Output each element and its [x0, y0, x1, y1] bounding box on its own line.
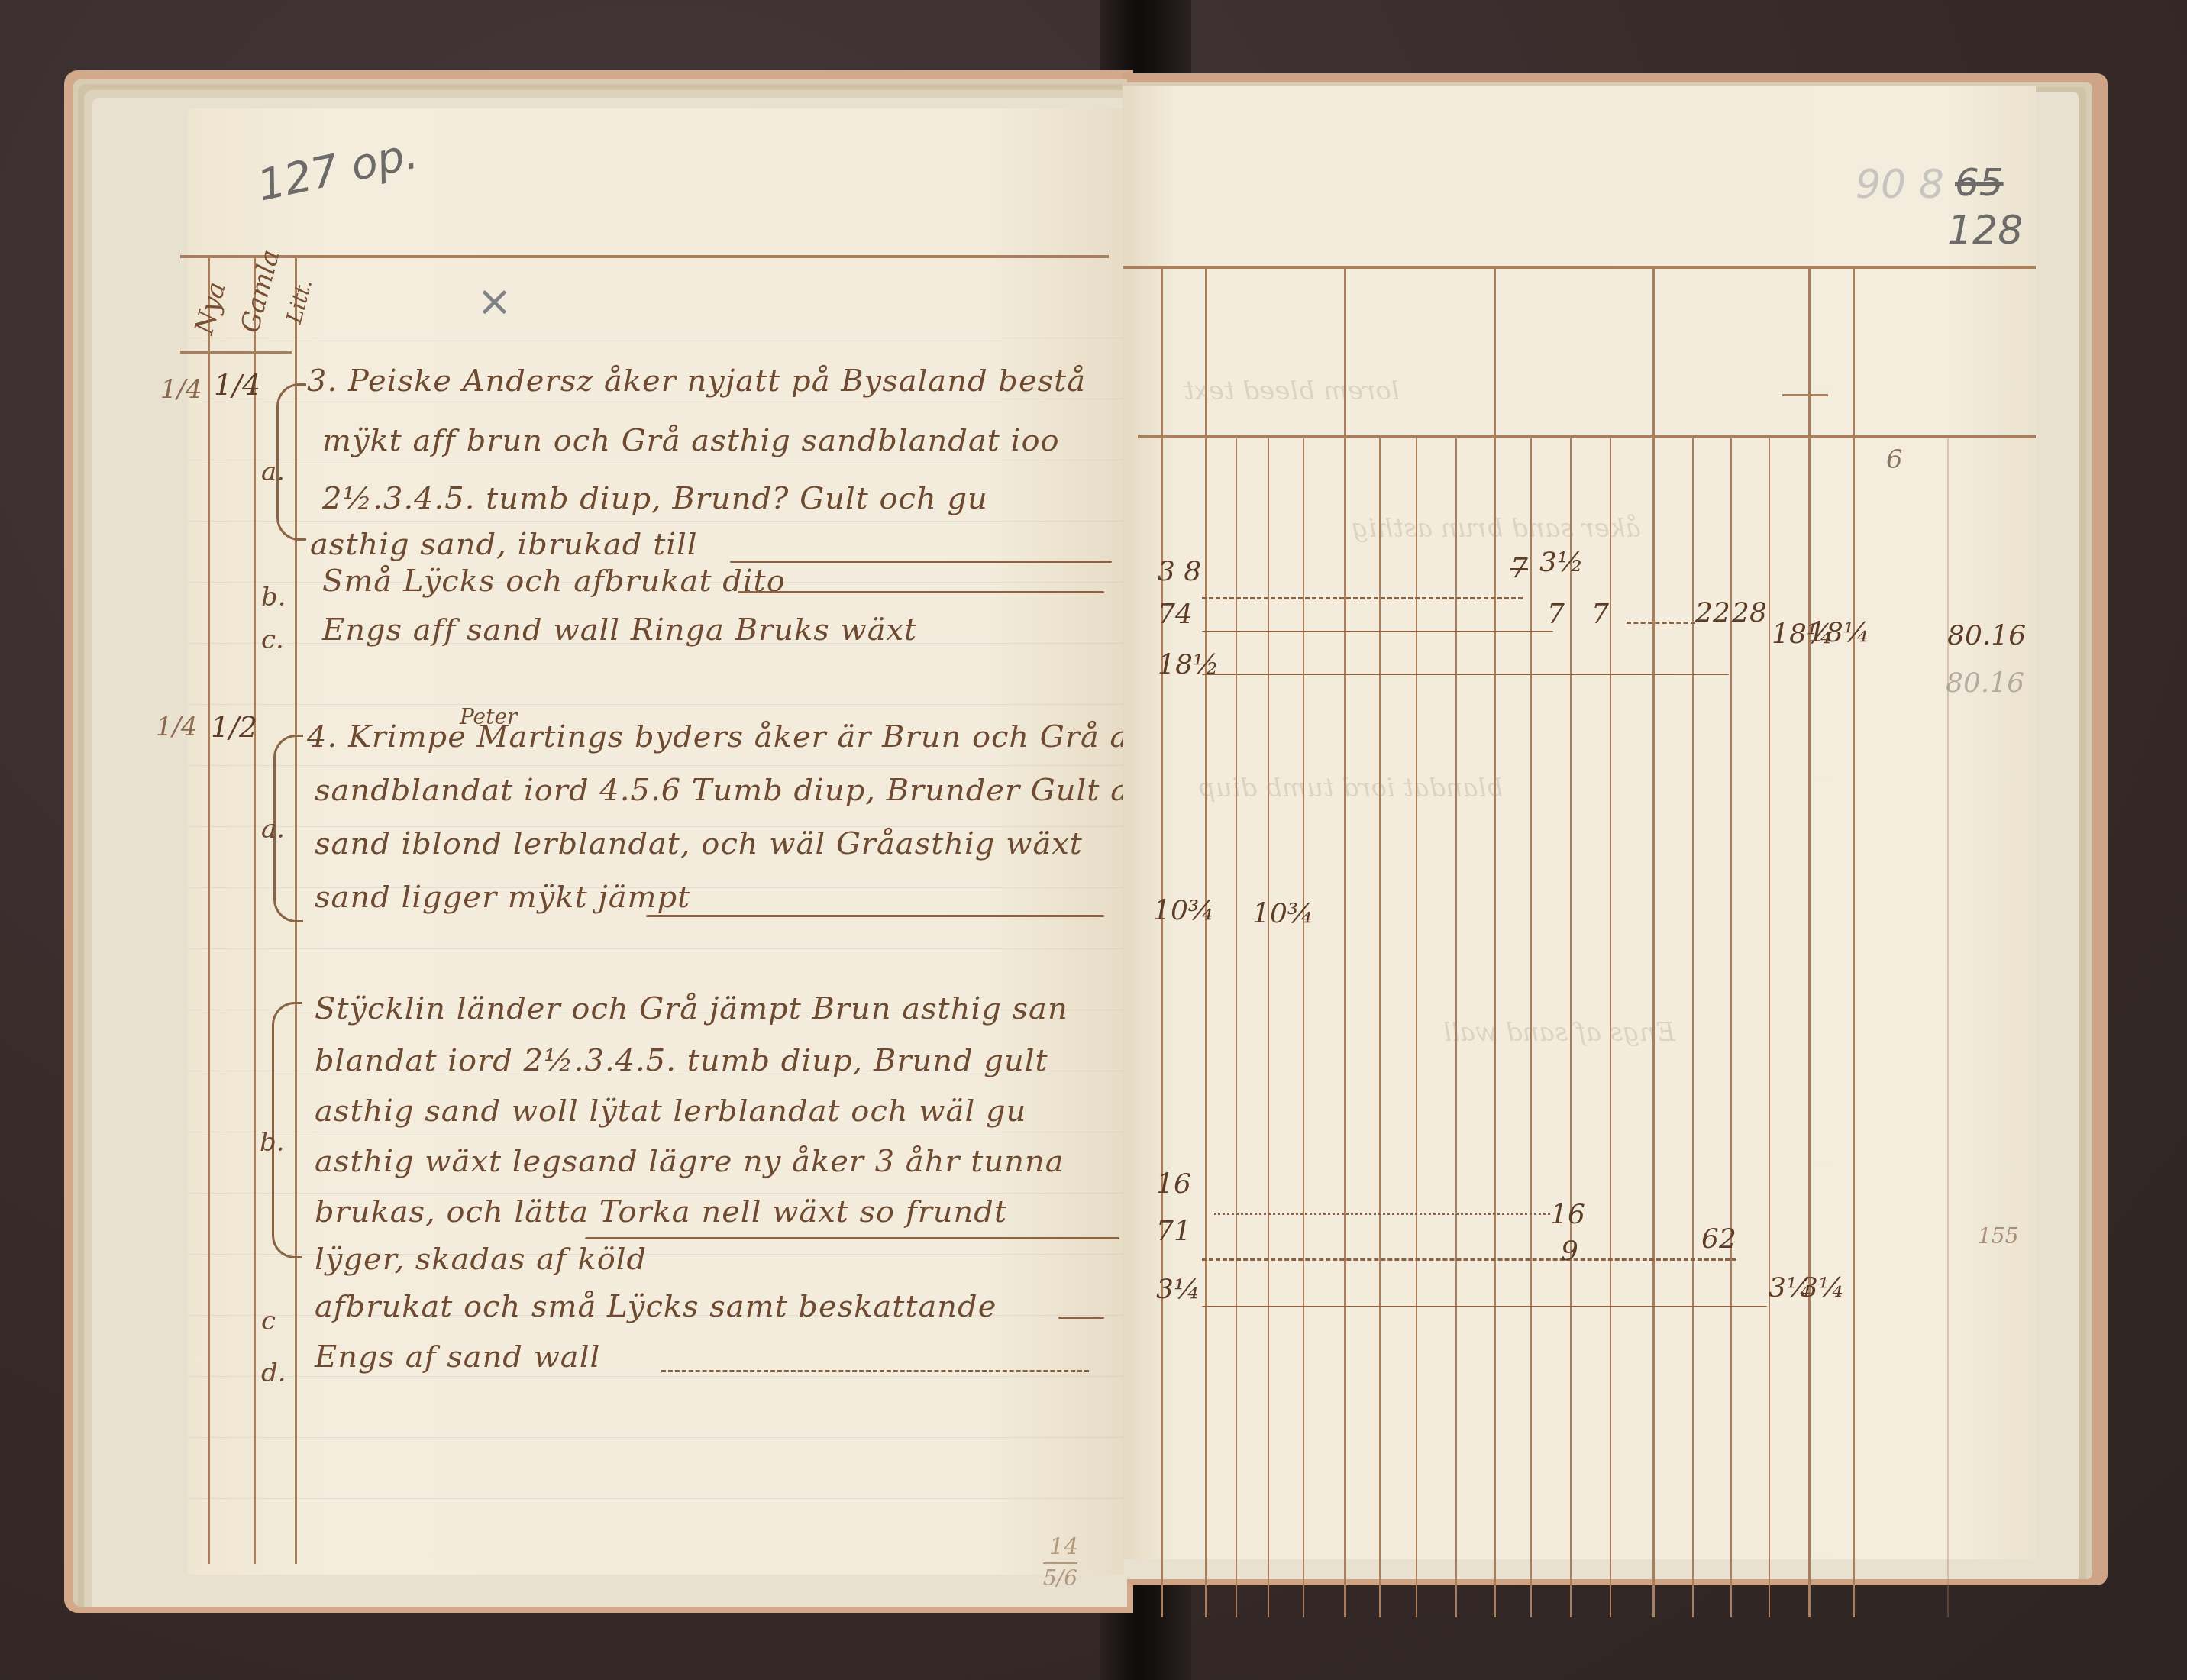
- row1-left-value-3: 18½: [1158, 649, 1219, 680]
- row1-cell-2: 3½: [1539, 547, 1584, 578]
- entry3-line-2: mÿkt aff brun och Grå asthig sandblandat…: [322, 423, 1060, 458]
- footer-tally-fraction: 5/6: [1043, 1562, 1077, 1591]
- right-marker: 6: [1886, 444, 1903, 475]
- entry4-b-line-5: brukas, och lätta Torka nell wäxt so fru…: [315, 1194, 1007, 1229]
- row1-cell-4: 7: [1591, 599, 1609, 630]
- entry4-c-line: afbrukat och små Lÿcks samt beskattande: [315, 1289, 997, 1324]
- row3-cell-1: 16: [1550, 1199, 1585, 1230]
- row3-right-total: 155: [1978, 1223, 2018, 1249]
- column-rule-gamla: [254, 258, 256, 1564]
- entry3-c-line: Engs aff sand wall Ringa Bruks wäxt: [322, 612, 917, 648]
- row1-cell-8: 18¼: [1808, 617, 1870, 648]
- entry4-b-line-2: blandat iord 2½.3.4.5. tumb diup, Brund …: [315, 1043, 1048, 1078]
- entry3-line-3: 2½.3.4.5. tumb diup, Brund? Gult och gu: [322, 481, 988, 516]
- right-header-rule: [1123, 266, 2036, 269]
- entry4-b-line-4: asthig wäxt legsand lägre ny åker 3 åhr …: [315, 1144, 1064, 1179]
- entry3-gamla-share: 1/4: [214, 368, 260, 402]
- entry4-litt-d: d.: [261, 1358, 286, 1388]
- header-subrule: [180, 351, 292, 354]
- entry3-litt-b: b.: [261, 582, 286, 612]
- column-header-gamla: Gamla: [234, 247, 286, 336]
- entry3-litt-c: c.: [261, 625, 284, 655]
- entry4-b-line-1: Stÿcklin länder och Grå jämpt Brun asthi…: [315, 991, 1068, 1026]
- entry4-b-line-6: lÿger, skadas af köld: [315, 1242, 647, 1277]
- entry4-d-line: Engs af sand wall: [315, 1339, 600, 1375]
- row3-left-value-2: 71: [1156, 1216, 1191, 1247]
- row2-cell: 10¾: [1252, 898, 1314, 929]
- entry3-litt-a: a.: [261, 457, 285, 487]
- column-rule-nya: [208, 258, 210, 1564]
- row3-cell-5: 3¼: [1801, 1272, 1845, 1304]
- row1-cell-6: 28: [1732, 597, 1767, 628]
- header-rule: [180, 255, 1109, 258]
- entry4-litt-c: c: [261, 1306, 276, 1336]
- entry3-line-4: asthig sand, ibrukad till: [310, 527, 698, 562]
- row2-left-value: 10¾: [1153, 895, 1215, 926]
- entry3-nya-share: 1/4: [160, 374, 202, 405]
- column-header-litt: Litt.: [281, 276, 317, 326]
- row1-cell-3: 7: [1547, 599, 1565, 630]
- entry4-nya-share: 1/4: [156, 712, 198, 742]
- row3-left-value-3: 3¼: [1156, 1274, 1200, 1305]
- row1-left-value-2: 74: [1158, 599, 1193, 630]
- row1-cell-struck: 7: [1510, 553, 1528, 584]
- row3-left-value-1: 16: [1156, 1168, 1191, 1200]
- row1-right-total: 80.16: [1947, 620, 2026, 651]
- row3-cell-2: 9: [1561, 1236, 1578, 1267]
- entry4-a-line-4: sand ligger mÿkt jämpt: [315, 880, 690, 915]
- right-page: lorem bleed text åker sand brun asthig b…: [1123, 86, 2036, 1559]
- row1-right-total-pencil: 80.16: [1946, 667, 2024, 699]
- struck-folio-number: 65: [1955, 160, 2004, 205]
- row1-cell-5: 22: [1695, 597, 1730, 628]
- right-subheader-rule: [1138, 435, 2036, 438]
- footer-tally-top: 14: [1049, 1533, 1078, 1560]
- entry3-line-1: 3. Peiske Andersz åker nyjatt på Bysalan…: [307, 363, 1086, 399]
- left-page: 127 op. Nya Gamla Litt. × 1/4 1/4 a. 3. …: [188, 108, 1124, 1575]
- column-header-nya: Nya: [189, 279, 232, 338]
- entry4-litt-a: a.: [261, 814, 285, 845]
- entry4-a-line-2: sandblandat iord 4.5.6 Tumb diup, Brunde…: [315, 773, 1210, 808]
- folio-number-pencil: 127 op.: [254, 129, 422, 212]
- entry3-b-line: Små Lÿcks och afbrukat dito: [322, 564, 786, 599]
- entry4-gamla-share: 1/2: [211, 710, 257, 744]
- folio-number: 128: [1947, 208, 2023, 254]
- check-mark: ×: [476, 276, 512, 326]
- entry4-b-line-3: asthig sand woll lÿtat lerblandat och wä…: [315, 1094, 1026, 1129]
- row3-cell-3: 62: [1701, 1223, 1736, 1255]
- row1-left-value-1: 3 8: [1158, 556, 1201, 587]
- entry4-a-line-1: 4. Krimpe Martings byders åker är Brun o…: [307, 719, 1210, 754]
- entry4-a-line-3: sand iblond lerblandat, och wäl Gråasthi…: [315, 826, 1083, 861]
- entry4-litt-b: b.: [260, 1127, 285, 1158]
- faint-pencil-note: 90 8: [1856, 162, 1944, 208]
